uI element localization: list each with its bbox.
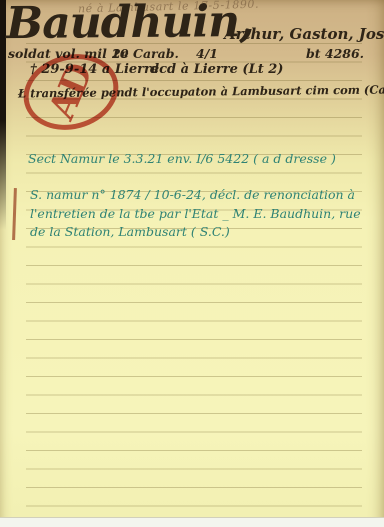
scan-left-edge [0, 0, 6, 230]
given-names: Arthur, Gaston, Joseph [224, 25, 384, 43]
green-entry-line-2: l'entretien de la tbe par l'Etat _ M. E.… [30, 205, 361, 224]
scanned-register-card: né à Lambusart le 17-5-1890. Baudhuin, A… [0, 0, 384, 527]
green-entry-line-1: S. namur n° 1874 / 10-6-24, décl. de ren… [30, 186, 361, 205]
green-ink-entry-1924: S. namur n° 1874 / 10-6-24, décl. de ren… [30, 186, 361, 242]
service-regiment: 2e Carab. [112, 46, 179, 61]
stamp-letters: AD [44, 60, 99, 125]
green-ink-entry-1921: Sect Namur le 3.3.21 env. I/6 5422 ( a d… [28, 151, 336, 166]
service-number: bt 4286. [306, 46, 364, 61]
service-unit: 4/1 [196, 46, 218, 61]
scan-bottom-edge [0, 517, 384, 527]
green-entry-line-3: de la Station, Lambusart ( S.C.) [30, 223, 361, 242]
surname: Baudhuin, [6, 0, 254, 46]
death-note: dcd à Lierre (Lt 2) [150, 62, 283, 77]
